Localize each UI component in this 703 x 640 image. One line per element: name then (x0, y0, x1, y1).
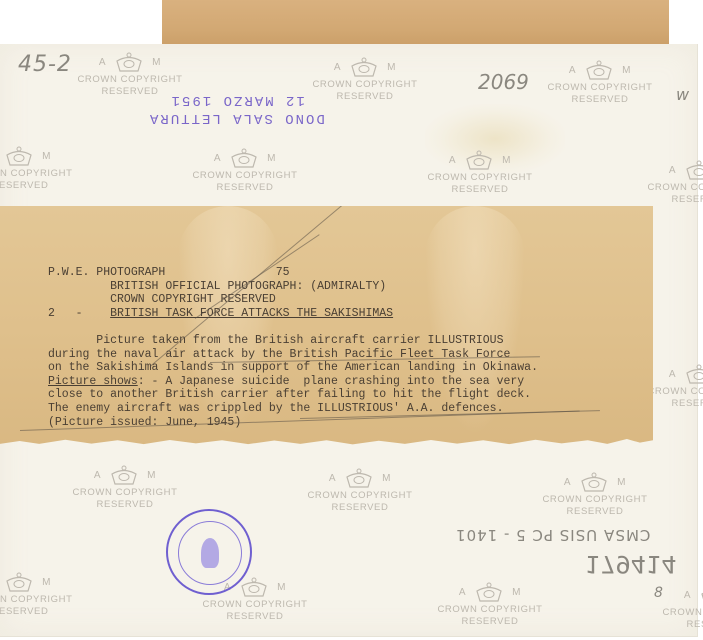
crown-icon (464, 150, 494, 172)
watermark-line-1: CROWN COPYRIGHT (640, 182, 703, 194)
watermark-line-1: CROWN COPYRIGHT (430, 604, 550, 616)
crown-copyright-watermark: A M CROWN COPYRIGHT RESERVED (640, 160, 703, 206)
crown-icon (579, 472, 609, 494)
watermark-line-2: RESERVED (430, 616, 550, 628)
watermark-letter-m: M (152, 57, 161, 69)
watermark-line-1: CROWN COPYRIGHT (195, 599, 315, 611)
handwritten-note-top-left: 45-2 (18, 52, 72, 77)
stamp-line-2: 12 MARZO 1951 (148, 91, 325, 109)
watermark-line-2: RESERVED (300, 502, 420, 514)
caption-number: 75 (276, 266, 290, 279)
watermark-line-2: RESERVED (640, 194, 703, 206)
crown-icon (684, 160, 703, 182)
crown-icon (229, 148, 259, 170)
reading-room-stamp: DONO SALA LETTURA12 MARZO 1951 (148, 91, 325, 127)
stamp-line-1: DONO SALA LETTURA (148, 109, 325, 127)
watermark-letter-m: M (617, 477, 626, 489)
crown-icon (684, 364, 703, 386)
watermark-line-1: CROWN COPYRIGHT (0, 168, 80, 180)
watermark-line-1: CROWN COPYRIGHT (305, 79, 425, 91)
watermark-line-2: RESERVED (0, 180, 80, 192)
watermark-line-1: CROWN COPYRIGHT (535, 494, 655, 506)
watermark-letter-m: M (382, 473, 391, 485)
watermark-letter-m: M (42, 151, 51, 163)
watermark-line-1: CROWN COPYRIGHT (70, 74, 190, 86)
caption-body-line: on the Sakishima Islands in support of t… (48, 361, 538, 374)
crown-copyright-watermark: A M CROWN COPYRIGHT RESERVED (185, 148, 305, 194)
crown-copyright-watermark: A M CROWN COPYRIGHT RESERVED (540, 60, 660, 106)
watermark-line-1: CROWN COPYRIGHT (300, 490, 420, 502)
watermark-letter-a: A (449, 155, 456, 167)
watermark-letter-m: M (42, 577, 51, 589)
watermark-letter-m: M (277, 582, 286, 594)
watermark-letter-a: A (329, 473, 336, 485)
watermark-letter-m: M (387, 62, 396, 74)
watermark-line-1: CROWN COPYRIGHT (65, 487, 185, 499)
watermark-line-1: CROWN COPYRIGHT (0, 594, 80, 606)
caption-body-line: close to another British carrier after f… (48, 388, 531, 401)
watermark-letter-a: A (94, 470, 101, 482)
handwritten-catalog-number: 179414 (585, 550, 677, 578)
crown-icon (109, 465, 139, 487)
handwritten-mark-bottom: 8 (654, 585, 663, 601)
crown-icon (344, 468, 374, 490)
caption-shows-label: Picture shows (48, 375, 138, 388)
watermark-letter-m: M (502, 155, 511, 167)
caption-sheet: P.W.E. PHOTOGRAPH 75 BRITISH OFFICIAL PH… (0, 206, 653, 450)
crown-icon (474, 582, 504, 604)
watermark-letter-a: A (99, 57, 106, 69)
crown-icon (239, 577, 269, 599)
caption-shows-text: : - A Japanese suicide plane crashing in… (138, 375, 524, 388)
watermark-line-2: RESERVED (420, 184, 540, 196)
caption-copyright: CROWN COPYRIGHT RESERVED (110, 293, 276, 306)
watermark-letter-a: A (459, 587, 466, 599)
watermark-line-2: RESERVED (655, 619, 703, 631)
watermark-letter-a: A (334, 62, 341, 74)
watermark-line-1: CROWN COPYRIGHT (540, 82, 660, 94)
handwritten-archive-ref: CMSA USIS PC 5 - 1401 (455, 526, 650, 544)
watermark-letter-m: M (147, 470, 156, 482)
crown-copyright-watermark: A M CROWN COPYRIGHT RESERVED (430, 582, 550, 628)
watermark-letter-a: A (684, 590, 691, 602)
crown-icon (584, 60, 614, 82)
watermark-letter-a: A (669, 165, 676, 177)
watermark-letter-m: M (622, 65, 631, 77)
watermark-line-1: CROWN COPYRIGHT (420, 172, 540, 184)
watermark-letter-a: A (214, 153, 221, 165)
crown-icon (349, 57, 379, 79)
crown-copyright-watermark: A M CROWN COPYRIGHT RESERVED (420, 150, 540, 196)
watermark-line-2: RESERVED (195, 611, 315, 623)
watermark-line-2: RESERVED (185, 182, 305, 194)
handwritten-note-top-right: 2069 (478, 70, 529, 94)
caption-header-label: P.W.E. PHOTOGRAPH (48, 266, 165, 279)
crown-icon (4, 572, 34, 594)
watermark-letter-a: A (669, 369, 676, 381)
crown-icon (4, 146, 34, 168)
watermark-line-2: RESERVED (0, 606, 80, 618)
caption-text: P.W.E. PHOTOGRAPH 75 BRITISH OFFICIAL PH… (48, 266, 538, 429)
circular-ink-seal (166, 509, 252, 595)
watermark-line-2: RESERVED (540, 94, 660, 106)
watermark-line-1: CROWN COPYRIGHT (655, 607, 703, 619)
watermark-letter-a: A (569, 65, 576, 77)
watermark-letter-a: A (564, 477, 571, 489)
crown-copyright-watermark: A M CROWN COPYRIGHT RESERVED (535, 472, 655, 518)
watermark-letter-m: M (512, 587, 521, 599)
crown-copyright-watermark: A M CROWN COPYRIGHT RESERVED (300, 468, 420, 514)
watermark-letter-m: M (267, 153, 276, 165)
caption-item-dash: - (76, 307, 83, 320)
watermark-line-2: RESERVED (535, 506, 655, 518)
handwritten-mark: w (676, 85, 689, 104)
crown-copyright-watermark: A M CROWN COPYRIGHT RESERVED (65, 465, 185, 511)
watermark-line-2: RESERVED (65, 499, 185, 511)
caption-body-line: Picture taken from the British aircraft … (48, 334, 503, 347)
crown-copyright-watermark: A M CROWN COPYRIGHT RESERVED (0, 146, 80, 192)
seal-emblem-icon (201, 538, 219, 568)
watermark-line-1: CROWN COPYRIGHT (185, 170, 305, 182)
crown-icon (699, 585, 703, 607)
crown-icon (114, 52, 144, 74)
caption-item-number: 2 (48, 307, 55, 320)
caption-title: BRITISH TASK FORCE ATTACKS THE SAKISHIMA… (110, 307, 393, 320)
caption-body-line: The enemy aircraft was crippled by the I… (48, 402, 503, 415)
crown-copyright-watermark: A M CROWN COPYRIGHT RESERVED (0, 572, 80, 618)
